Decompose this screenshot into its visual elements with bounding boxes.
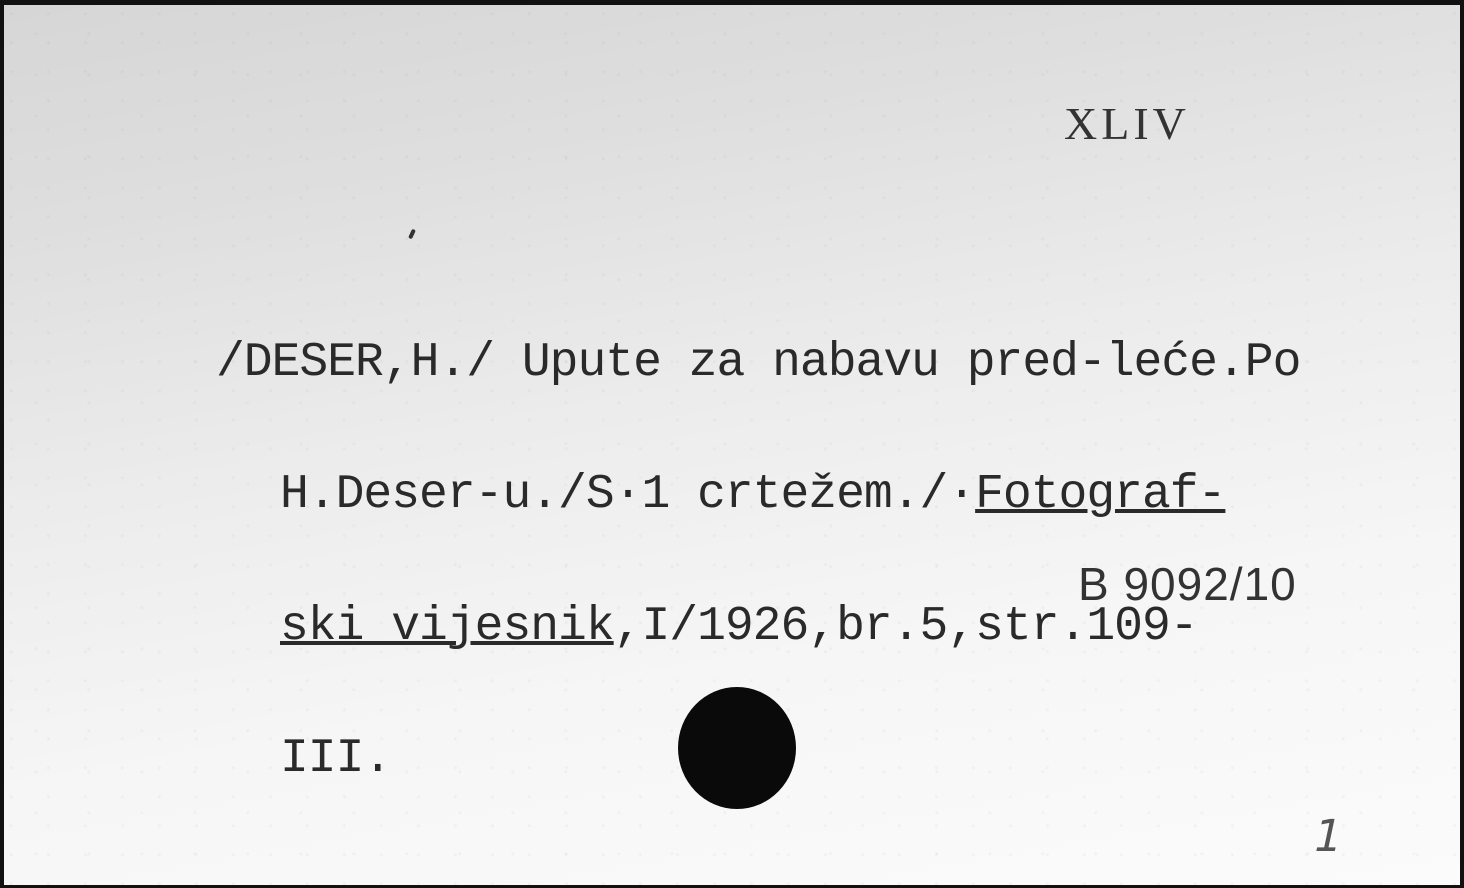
journal-title-part-2: ski vijesnik — [280, 600, 614, 654]
entry-line-3: ski vijesnik,I/1926,br.5,str.109- — [216, 605, 1300, 649]
tick-mark — [408, 229, 416, 240]
entry-line-2-text: H.Deser-u./S·1 crtežem./· — [280, 468, 975, 522]
entry-line-2: H.Deser-u./S·1 crtežem./·Fotograf- — [216, 473, 1300, 517]
call-number: B 9092/10 — [1078, 557, 1297, 611]
handwritten-mark: 1 — [1309, 811, 1348, 862]
catalog-card: XLIV /DESER,H./ Upute za nabavu pred-leć… — [4, 5, 1460, 885]
journal-title-part-1: Fotograf- — [975, 468, 1225, 522]
section-numeral: XLIV — [1064, 97, 1190, 150]
entry-line-1: /DESER,H./ Upute za nabavu pred-leće.Po — [216, 341, 1300, 385]
punch-hole — [678, 687, 796, 809]
